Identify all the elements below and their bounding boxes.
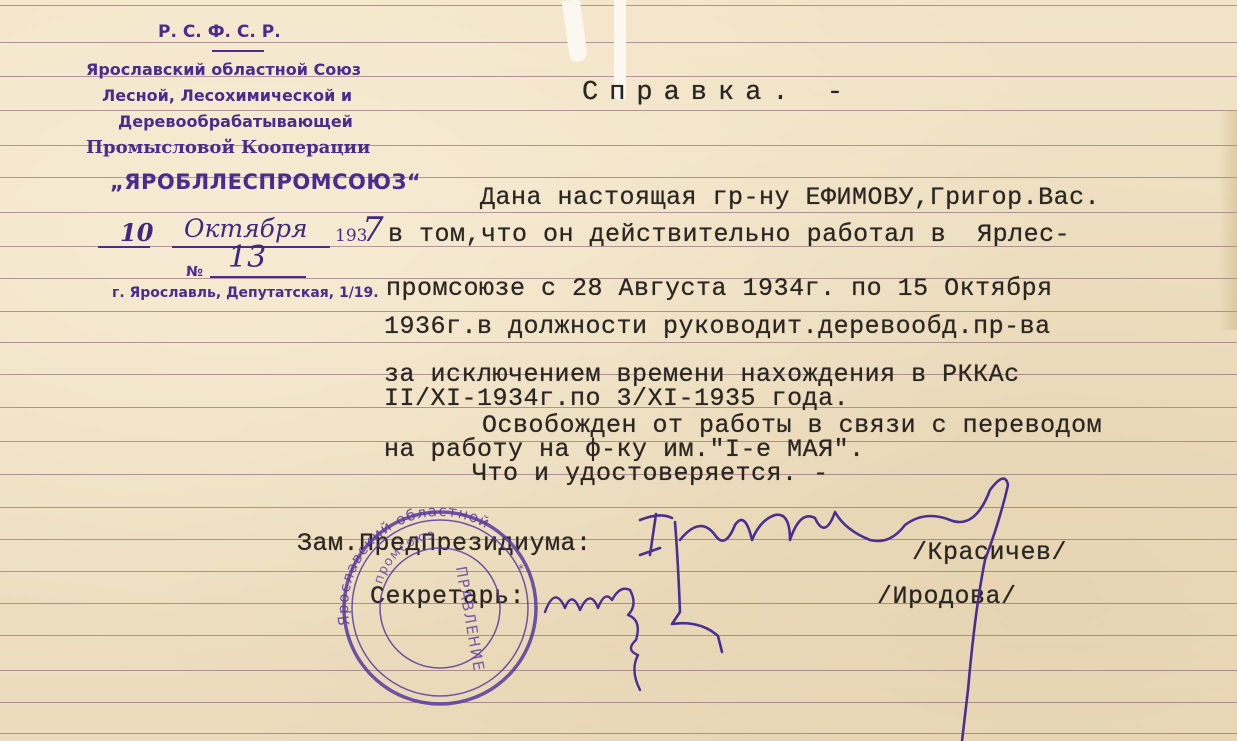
stamp-rsfsr: Р. С. Ф. С. Р. (158, 24, 281, 41)
stamp-org-line-1: Ярославский областной Союз (86, 62, 361, 78)
stamp-number-label: № (186, 265, 203, 279)
paper-fold (1219, 110, 1237, 330)
body-line-9: Что и удостоверяется. - (410, 461, 829, 486)
deputy-chair-name: /Красичев/ (912, 540, 1067, 565)
stamp-address: г. Ярославль, Депутатская, 1/19. (112, 286, 379, 300)
stamp-org-line-3: Деревообрабатывающей (118, 114, 353, 130)
body-line-4: 1936г.в должности руководит.деревообд.пр… (384, 314, 1051, 339)
stamp-date-day: 10 (120, 218, 153, 247)
stamp-org-name: „ЯРОБЛЛЕСПРОМСОЮЗ“ (110, 172, 421, 193)
body-line-2: в том,что он действительно работал в Ярл… (388, 222, 1070, 247)
body-line-6: II/XI-1934г.по 3/XI-1935 года. (384, 386, 849, 411)
stamp-org-line-2: Лесной, Лесохимической и (102, 88, 352, 104)
deputy-chair-label: Зам.ПредПрезидиума: (297, 531, 592, 556)
secretary-label: Секретарь: (370, 584, 525, 609)
stamp-number-value: 13 (228, 240, 266, 275)
body-line-3: промсоюзе с 28 Августа 1934г. по 15 Октя… (386, 276, 1053, 301)
stamp-date-year-suffix: 7 (362, 210, 384, 250)
secretary-name: /Иродова/ (877, 584, 1017, 609)
body-line-1: Дана настоящая гр-ну ЕФИМОВУ,Григор.Вас. (480, 185, 1100, 210)
stamp-org-line-4: Промысловой Кооперации (86, 139, 370, 157)
document-title: Справка. - (582, 80, 854, 107)
stamp-date-month: Октября (184, 214, 308, 243)
